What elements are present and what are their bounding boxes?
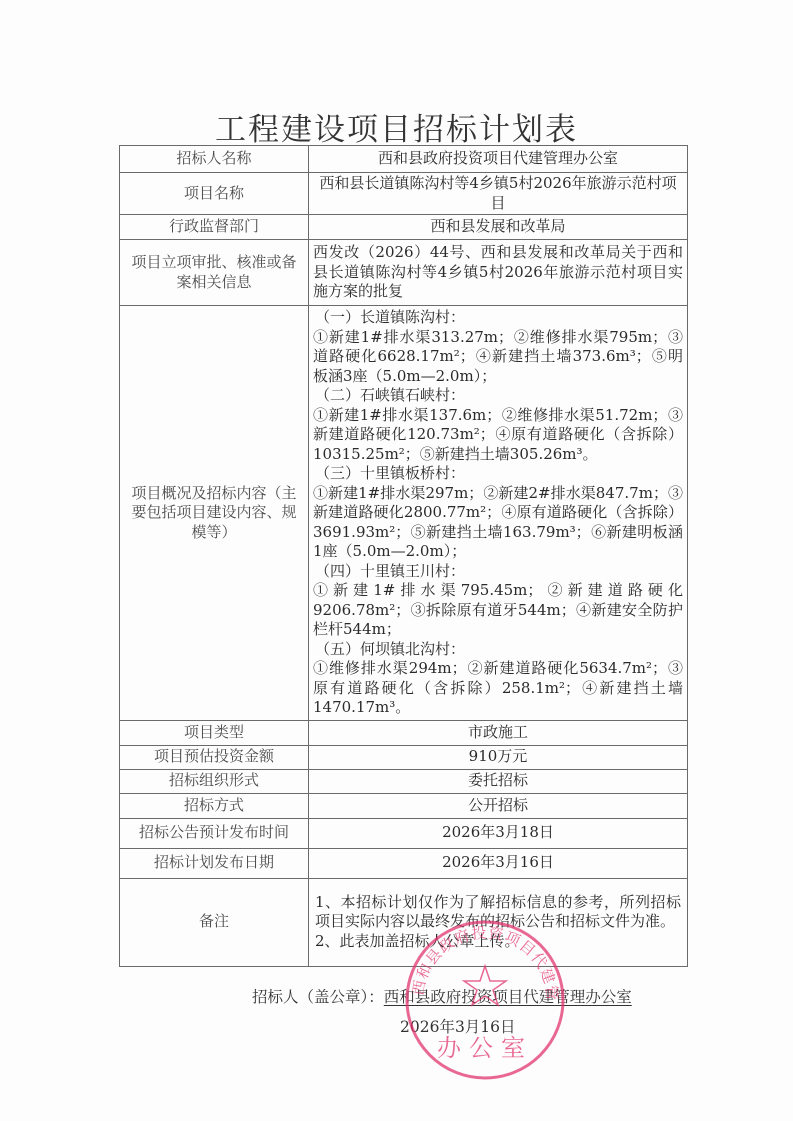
- signature-org: 西和县政府投资项目代建管理办公室: [384, 988, 632, 1006]
- seal-center-text: 办公室: [437, 1034, 533, 1062]
- row-value-project-type: 市政施工: [309, 720, 688, 745]
- row-value-approval: 西发改（2026）44号、西和县发展和改革局关于西和县长道镇陈沟村等4乡镇5村2…: [309, 240, 688, 306]
- row-value-project-name: 西和县长道镇陈沟村等4乡镇5村2026年旅游示范村项目: [309, 173, 688, 215]
- overview-heading: （三）十里镇板桥村：: [313, 464, 683, 484]
- table-row-remarks: 备注 1、本招标计划仅作为了解招标信息的参考，所列招标项目实际内容以最终发布的招…: [120, 878, 688, 966]
- row-label: 招标人名称: [120, 146, 309, 173]
- table-row-plan-date: 招标计划发布日期 2026年3月16日: [120, 848, 688, 878]
- overview-heading: （一）长道镇陈沟村：: [313, 308, 683, 328]
- row-label: 行政监督部门: [120, 215, 309, 240]
- remark-item: 1、本招标计划仅作为了解招标信息的参考，所列招标项目实际内容以最终发布的招标公告…: [315, 893, 681, 932]
- row-value-investment: 910万元: [309, 745, 688, 769]
- row-label: 项目预估投资金额: [120, 745, 309, 769]
- row-label: 项目概况及招标内容（主要包括项目建设内容、规模等）: [120, 306, 309, 721]
- row-value-remarks: 1、本招标计划仅作为了解招标信息的参考，所列招标项目实际内容以最终发布的招标公告…: [309, 878, 688, 966]
- table-row-tender-method: 招标方式 公开招标: [120, 793, 688, 818]
- table-row-supervisor: 行政监督部门 西和县发展和改革局: [120, 215, 688, 240]
- overview-text: ①新建1#排水渠313.27m；②维修排水渠795m；③道路硬化6628.17m…: [313, 328, 683, 387]
- row-label: 项目名称: [120, 173, 309, 215]
- row-label: 招标方式: [120, 793, 309, 818]
- row-value-announcement-date: 2026年3月18日: [309, 818, 688, 848]
- row-value-supervisor: 西和县发展和改革局: [309, 215, 688, 240]
- row-label: 招标组织形式: [120, 769, 309, 793]
- overview-heading: （五）何坝镇北沟村：: [313, 640, 683, 660]
- row-label: 项目类型: [120, 720, 309, 745]
- overview-heading: （四）十里镇王川村：: [313, 562, 683, 582]
- row-value-overview: （一）长道镇陈沟村： ①新建1#排水渠313.27m；②维修排水渠795m；③道…: [309, 306, 688, 721]
- table-row-approval: 项目立项审批、核准或备案相关信息 西发改（2026）44号、西和县发展和改革局关…: [120, 240, 688, 306]
- remark-item: 2、此表加盖招标人公章上传。: [315, 932, 681, 952]
- signature-label: 招标人（盖公章）：: [252, 988, 384, 1006]
- row-value-organization-form: 委托招标: [309, 769, 688, 793]
- table-row-project-type: 项目类型 市政施工: [120, 720, 688, 745]
- signature-line: 招标人（盖公章）：西和县政府投资项目代建管理办公室: [252, 985, 632, 1007]
- table-row-announcement-date: 招标公告预计发布时间 2026年3月18日: [120, 818, 688, 848]
- overview-text: ①新建1#排水渠297m；②新建2#排水渠847.7m；③新建道路硬化2800.…: [313, 484, 683, 562]
- overview-text: ①维修排水渠294m；②新建道路硬化5634.7m²；③原有道路硬化（含拆除）2…: [313, 659, 683, 718]
- overview-text: ①新建1#排水渠137.6m；②维修排水渠51.72m；③新建道路硬化120.7…: [313, 406, 683, 465]
- tender-plan-table: 招标人名称 西和县政府投资项目代建管理办公室 项目名称 西和县长道镇陈沟村等4乡…: [119, 145, 688, 967]
- signature-date: 2026年3月16日: [400, 1015, 516, 1037]
- row-value-plan-date: 2026年3月16日: [309, 848, 688, 878]
- table-row-project-name: 项目名称 西和县长道镇陈沟村等4乡镇5村2026年旅游示范村项目: [120, 173, 688, 215]
- row-label: 项目立项审批、核准或备案相关信息: [120, 240, 309, 306]
- row-label: 备注: [120, 878, 309, 966]
- table-row-overview: 项目概况及招标内容（主要包括项目建设内容、规模等） （一）长道镇陈沟村： ①新建…: [120, 306, 688, 721]
- row-label: 招标公告预计发布时间: [120, 818, 309, 848]
- document-title: 工程建设项目招标计划表: [0, 104, 793, 149]
- overview-text: ①新建1#排水渠795.45m；②新建道路硬化9206.78m²；③拆除原有道牙…: [313, 581, 683, 640]
- row-label: 招标计划发布日期: [120, 848, 309, 878]
- table-row-investment: 项目预估投资金额 910万元: [120, 745, 688, 769]
- overview-heading: （二）石峡镇石峡村：: [313, 386, 683, 406]
- row-value-tenderer: 西和县政府投资项目代建管理办公室: [309, 146, 688, 173]
- row-value-tender-method: 公开招标: [309, 793, 688, 818]
- table-row-tenderer: 招标人名称 西和县政府投资项目代建管理办公室: [120, 146, 688, 173]
- table-row-organization-form: 招标组织形式 委托招标: [120, 769, 688, 793]
